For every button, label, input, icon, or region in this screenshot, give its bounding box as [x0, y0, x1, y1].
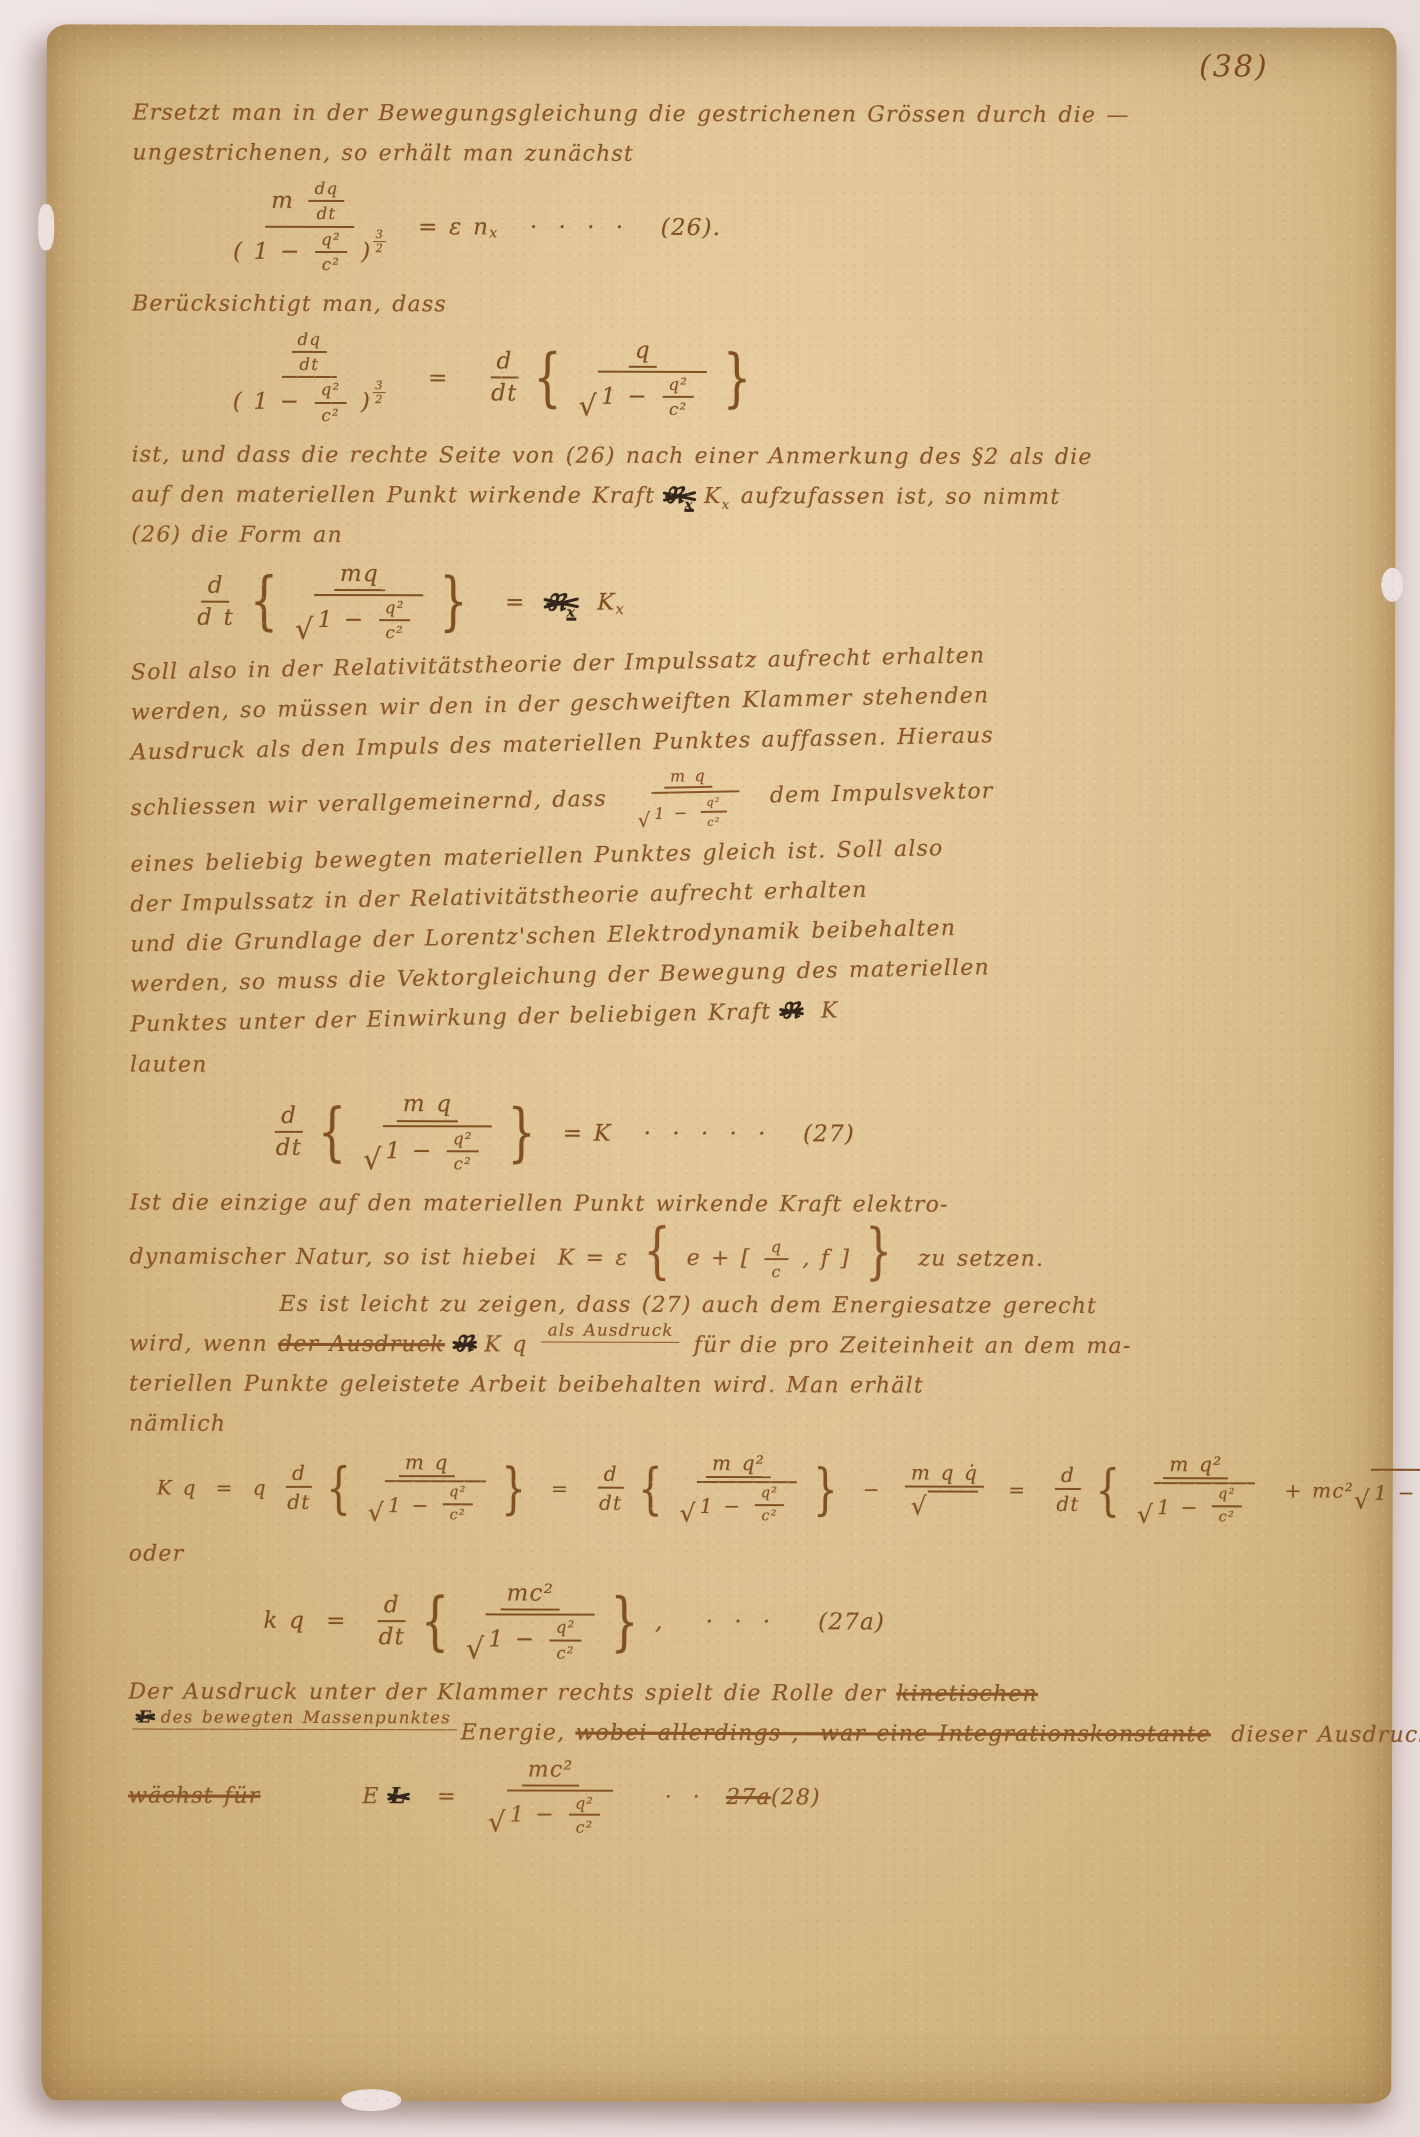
fraction-denominator: dt — [485, 379, 523, 407]
photo-background: { "page": { "number": "(38)" }, "ink": {… — [0, 0, 1420, 2137]
text-run: c — [771, 1263, 781, 1280]
text-run: = — [532, 1476, 588, 1500]
fraction-denominator: c² — [663, 398, 693, 419]
fraction-numerator: mc² — [501, 1581, 561, 1610]
fraction: dd t — [191, 573, 240, 631]
text-run: q² — [449, 1486, 466, 1502]
text-run: Es ist leicht zu zeigen, dass (27) auch … — [279, 1292, 1097, 1319]
text-run: E — [138, 1706, 152, 1726]
square-root: √1 − q²c² — [637, 790, 740, 829]
text-run: q² — [575, 1795, 594, 1812]
text-run: eines beliebig bewegten materiellen Punk… — [130, 836, 943, 877]
fraction: q²c² — [315, 230, 347, 274]
radical-icon: √ — [1354, 1488, 1371, 1513]
ellipsis-dots: · · · — [706, 1609, 777, 1635]
text-run: c² — [669, 401, 687, 419]
paragraph-line: lauten — [130, 1051, 1354, 1083]
text-run: = — [989, 1477, 1045, 1501]
square-root-content: 1 − q²c² — [507, 1789, 613, 1836]
fraction-denominator: √1 − q²c² — [631, 787, 746, 829]
square-root: √1 − q²c² — [295, 594, 424, 643]
text-run: L — [390, 1783, 407, 1809]
text-run: Der Ausdruck unter der Klammer rechts sp… — [128, 1679, 896, 1706]
paragraph-line: teriellen Punkte geleistete Arbeit beibe… — [129, 1370, 1353, 1402]
square-root-content — [928, 1490, 978, 1517]
text-run: 1 − — [510, 1803, 565, 1827]
text-run: 1 − — [318, 608, 375, 633]
text-run: dq — [298, 331, 322, 349]
fraction-denominator: c² — [316, 253, 346, 274]
fraction-denominator: √1 − q²c² — [482, 1786, 619, 1836]
text-run: c² — [450, 1508, 466, 1524]
text-run: dt — [276, 1136, 302, 1161]
curly-brace: { — [1096, 1462, 1122, 1517]
square-root: √1 − q²c² — [363, 1125, 492, 1174]
text-run: m q² — [712, 1452, 765, 1474]
text-run: auf den materiellen Punkt wirkende Kraft — [131, 482, 665, 508]
text-run: ist, und dass die rechte Seite von (26) … — [132, 442, 1093, 470]
subscript: x — [684, 497, 693, 513]
text-run: ℜ — [455, 1331, 474, 1357]
text-run: lauten — [130, 1053, 208, 1078]
fraction-numerator: m dqdt — [265, 180, 354, 228]
paragraph-line: oder — [129, 1539, 1353, 1571]
radical-icon: √ — [488, 1810, 507, 1838]
text-run: c² — [576, 1819, 594, 1836]
square-root: √1 − q²c² — [680, 1481, 798, 1525]
equation-27: ddt{m q√1 − q²c²} = K · · · · · (27) — [265, 1092, 1354, 1176]
text-run: dt — [1056, 1493, 1079, 1515]
ellipsis-dots: · · · · · — [644, 1121, 772, 1147]
fraction-denominator: ( 1 − q²c² )32 — [227, 227, 392, 274]
fraction: ddt — [485, 349, 524, 407]
fraction: m q√1 − q²c² — [362, 1451, 492, 1524]
fraction: q√1 − q²c² — [572, 338, 713, 419]
square-root-content: 1 − q²c² — [315, 594, 424, 643]
fraction-denominator: ( 1 − q²c² )32 — [227, 378, 392, 425]
fraction-denominator: dt — [593, 1489, 628, 1514]
text-run: mc² — [507, 1581, 555, 1606]
text-run: als Ausdruck — [548, 1320, 674, 1340]
text-run: 27a — [726, 1785, 771, 1810]
paragraph-line: ungestrichenen, so erhält man zunächst — [132, 138, 1356, 170]
exponent-denominator: 2 — [375, 242, 384, 255]
text-run: K — [576, 590, 615, 616]
fraction-denominator: c² — [701, 812, 727, 828]
text-run: Energie, — [461, 1720, 576, 1745]
fraction-denominator: √1 − q²c² — [289, 591, 430, 643]
text-run: K q — [474, 1333, 538, 1358]
fraction: dqdt — [291, 331, 327, 375]
text-run: d — [384, 1593, 400, 1618]
square-root: √ — [911, 1490, 978, 1517]
text-run: ) — [350, 391, 371, 416]
fraction-numerator: m q² — [1163, 1453, 1228, 1479]
text-run: ) — [351, 240, 372, 265]
text-run: = — [407, 1784, 478, 1809]
text-run: für die pro Zeiteinheit an dem ma- — [684, 1333, 1132, 1359]
equation-27a: k q = ddt{mc²√1 − q²c²} , · · · (27a) — [263, 1581, 1352, 1665]
paragraph-line: Ersetzt man in der Bewegungsgleichung di… — [132, 98, 1356, 130]
fraction: m dqdt( 1 − q²c² )32 — [227, 180, 392, 274]
text-run: q² — [668, 376, 688, 394]
fraction: mc²√1 − q²c² — [460, 1581, 601, 1662]
fraction-numerator: m q q̇ — [905, 1461, 984, 1487]
fraction-numerator: d — [286, 1462, 312, 1488]
text-run: e + [ — [676, 1246, 760, 1271]
fraction-denominator: c² — [444, 1505, 472, 1524]
fraction-numerator: d — [490, 350, 518, 379]
text-run: oder — [129, 1541, 185, 1566]
text-run: 1 − — [1374, 1482, 1420, 1504]
text-run: dt — [379, 1625, 405, 1650]
text-run — [931, 1495, 969, 1517]
paragraph-line: dynamischer Natur, so ist hiebei K = ε {… — [129, 1229, 1353, 1282]
fraction: ddt — [1050, 1464, 1085, 1515]
text-run: q² — [321, 230, 341, 248]
square-root: √1 − q²c² — [488, 1789, 613, 1836]
square-root: √1 − q²c² — [368, 1480, 486, 1524]
heavily-struck-text: ℜx — [665, 483, 694, 509]
text-run: c² — [556, 1644, 574, 1662]
paragraph-line: ist, und dass die rechte Seite von (26) … — [132, 440, 1356, 472]
text-run: = — [474, 590, 547, 616]
text-run: k q = — [264, 1608, 368, 1634]
curly-brace: } — [865, 1221, 893, 1282]
fraction-denominator: √1 − q²c² — [572, 367, 713, 419]
text-run: Punktes unter der Einwirkung der beliebi… — [130, 1000, 782, 1038]
text-run — [706, 1785, 726, 1810]
radical-icon: √ — [363, 1146, 383, 1175]
equation-26: m dqdt( 1 − q²c² )32 = ε nx · · · · (26)… — [222, 180, 1356, 277]
radical-icon: √ — [911, 1493, 928, 1518]
fraction: m q²√1 − q²c² — [1131, 1453, 1261, 1526]
text-run: der Impulssatz in der Relativitätstheori… — [130, 878, 868, 918]
square-root: √1 − q²c² — [578, 370, 707, 419]
fraction-numerator: d — [1055, 1464, 1081, 1490]
text-run: dt — [491, 382, 517, 407]
text-run: dt — [287, 1491, 310, 1513]
text-run: K q = q — [157, 1475, 277, 1499]
square-root-content: 1 − q²c² — [485, 1614, 594, 1663]
text-run: = — [397, 365, 481, 391]
fraction-denominator: √1 − q²c² — [1131, 1479, 1261, 1526]
fraction-numerator: q² — [315, 230, 347, 252]
heavily-struck-text: E — [138, 1706, 152, 1726]
fraction-denominator: √1 − q²c² — [357, 1122, 498, 1174]
paragraph-line: nämlich — [129, 1410, 1353, 1442]
text-run: wird, wenn — [129, 1332, 278, 1357]
fraction-denominator: c² — [315, 404, 345, 425]
fraction: dqdt — [309, 180, 345, 224]
ellipsis-dots: · · — [665, 1785, 706, 1810]
fraction-denominator: c² — [550, 1641, 580, 1662]
curly-brace: } — [813, 1461, 839, 1516]
curly-brace: { — [250, 570, 279, 633]
text-run: ℜ — [547, 589, 567, 616]
square-root-content: 1 − q²c² — [697, 1481, 798, 1525]
text-run: E — [260, 1784, 389, 1809]
text-run: m q² — [1169, 1453, 1222, 1475]
fraction-denominator: √ — [905, 1487, 984, 1517]
fraction-numerator: q — [765, 1238, 788, 1259]
fraction-numerator: q² — [1212, 1488, 1241, 1508]
square-root: √1 − q²c² — [1354, 1468, 1420, 1512]
fraction: q²c² — [315, 381, 347, 425]
fraction: m q q̇√ — [905, 1461, 985, 1517]
heavily-struck-text: ℜ — [781, 998, 801, 1024]
text-run: c² — [707, 815, 721, 828]
paragraph-line: Es ist leicht zu zeigen, dass (27) auch … — [129, 1290, 1353, 1322]
fraction: ddt — [270, 1104, 309, 1162]
paragraph-line: schliessen wir verallgemeinernd, dass m … — [130, 754, 1355, 840]
struck-text: wächst für — [128, 1783, 260, 1808]
square-root-content: 1 − q²c² — [1371, 1468, 1420, 1512]
text-run: Berücksichtigt man, dass — [132, 291, 447, 317]
text-run: wobei allerdings , war eine Integrations… — [575, 1720, 1210, 1747]
radical-icon: √ — [368, 1500, 385, 1525]
text-run: q² — [761, 1486, 778, 1502]
fraction-numerator: q² — [315, 381, 347, 403]
fraction-numerator: dq — [292, 331, 328, 353]
fraction-numerator: m q — [399, 1451, 455, 1477]
equation-28: wächst für E L = mc²√1 − q²c² · · 27a(28… — [128, 1757, 1352, 1838]
struck-text: kinetischen — [896, 1681, 1038, 1706]
subscript: x — [616, 601, 625, 617]
text-run — [624, 1785, 665, 1810]
square-root: √1 − q²c² — [466, 1614, 595, 1663]
fraction-numerator: d — [275, 1104, 303, 1133]
text-run: q² — [706, 796, 721, 809]
text-run: , f ] — [792, 1246, 860, 1271]
text-run: q² — [385, 599, 405, 617]
text-run: + mc² — [1266, 1478, 1354, 1502]
fraction: ddt — [281, 1462, 316, 1513]
fraction-denominator: c — [765, 1260, 787, 1280]
fraction: mc²√1 − q²c² — [482, 1758, 619, 1836]
paragraph-line: (26) die Form an — [131, 520, 1355, 552]
subscript: x — [567, 605, 577, 621]
fraction-denominator: dt — [1050, 1490, 1085, 1515]
text-run: nämlich — [129, 1412, 226, 1437]
fraction-numerator: q² — [700, 796, 727, 813]
text-run: 1 − — [488, 1628, 545, 1653]
text-run: q — [635, 338, 651, 363]
exponent-numerator: 3 — [373, 380, 386, 394]
fraction-numerator: q² — [379, 599, 411, 621]
radical-icon: √ — [638, 810, 652, 830]
fraction-denominator: c² — [755, 1506, 783, 1525]
text-run: c² — [321, 407, 339, 425]
curly-brace: { — [534, 347, 563, 410]
text-run: dem Impulsvektor — [749, 779, 994, 809]
text-run: d — [292, 1462, 306, 1484]
fraction-numerator: q² — [569, 1795, 600, 1817]
curly-brace: { — [644, 1221, 672, 1282]
text-run: c² — [322, 256, 340, 274]
fraction: q²c² — [550, 1619, 582, 1663]
text-run: d — [281, 1104, 297, 1129]
text-run: der Ausdruck — [278, 1332, 445, 1357]
radical-icon: √ — [578, 391, 598, 420]
radical-icon: √ — [680, 1501, 697, 1526]
fraction-denominator: d t — [191, 602, 240, 630]
text-run: q² — [321, 381, 341, 399]
fraction-numerator: q² — [662, 376, 694, 398]
fraction: m q√1 − q²c² — [631, 766, 746, 830]
fraction: m q√1 − q²c² — [357, 1093, 498, 1174]
paragraph-line: Der Ausdruck unter der Klammer rechts sp… — [128, 1677, 1352, 1709]
text-run: K — [800, 999, 839, 1025]
text-run: (28) — [771, 1785, 821, 1810]
fraction-numerator: mc² — [522, 1758, 580, 1786]
fraction-numerator: m q — [397, 1093, 459, 1122]
text-run: m q — [405, 1451, 449, 1473]
inserted-text: E des bewegten Massenpunktes — [132, 1705, 457, 1730]
text-run: (27a) — [776, 1610, 885, 1636]
curly-brace: } — [440, 571, 469, 634]
paragraph-line: E des bewegten MassenpunktesEnergie, wob… — [128, 1717, 1352, 1749]
text-run: teriellen Punkte geleistete Arbeit beibe… — [129, 1372, 924, 1399]
text-run: c² — [761, 1509, 777, 1525]
subscript: x — [489, 226, 498, 242]
text-run: (26). — [629, 215, 721, 241]
curly-brace: { — [421, 1590, 450, 1653]
text-run: 1 − — [654, 804, 697, 822]
fraction-denominator: dt — [270, 1133, 308, 1161]
fraction-denominator: √1 − q²c² — [362, 1477, 492, 1524]
curly-brace: } — [501, 1461, 527, 1516]
text-run: Ersetzt man in der Bewegungsgleichung di… — [132, 100, 1129, 128]
paper-tear — [341, 2089, 401, 2111]
text-run: K — [694, 484, 722, 509]
text-run: mq — [340, 562, 379, 587]
text-run: Ist die einzige auf den materiellen Punk… — [130, 1191, 949, 1218]
text-run: dynamischer Natur, so ist hiebei K = ε — [129, 1245, 638, 1271]
text-run: d — [604, 1463, 618, 1485]
text-run: dieser Ausdruck — [1211, 1722, 1420, 1748]
text-run: dt — [299, 356, 319, 374]
fraction-numerator: q² — [550, 1619, 582, 1641]
heavily-struck-text: ℜx — [547, 589, 577, 616]
fraction: qc — [765, 1238, 788, 1280]
square-root-content: 1 − q²c² — [651, 790, 740, 829]
text-run: kinetischen — [896, 1681, 1038, 1706]
text-run: (26) die Form an — [131, 522, 343, 548]
exponent-numerator: 3 — [373, 229, 386, 243]
text-run: m q q̇ — [911, 1461, 978, 1483]
paragraph-line: auf den materiellen Punkt wirkende Kraft… — [131, 480, 1355, 512]
radical-icon: √ — [295, 615, 315, 644]
exponent-fraction: 32 — [373, 380, 386, 406]
text-run — [498, 214, 530, 240]
equation-energy-derivation: K q = q ddt{m q√1 − q²c²} = ddt{m q²√1 −… — [157, 1451, 1353, 1527]
text-run: = ε n — [397, 214, 489, 240]
square-root-content: 1 − q²c² — [1154, 1482, 1255, 1526]
radical-icon: √ — [1137, 1502, 1154, 1527]
text-run: q² — [1218, 1488, 1235, 1504]
text-run: Soll also in der Relativitätstheorie der… — [131, 643, 986, 685]
heavily-struck-text: ℜ — [455, 1331, 474, 1357]
text-run: c² — [386, 625, 404, 643]
fraction-numerator: d — [202, 573, 230, 602]
text-run: 1 − — [601, 385, 658, 410]
exponent-fraction: 32 — [373, 229, 386, 255]
heavily-struck-text: L — [390, 1783, 407, 1809]
fraction-denominator: c² — [570, 1816, 600, 1836]
text-run: 1 − — [386, 1139, 443, 1164]
paragraph-line: Ist die einzige auf den materiellen Punk… — [130, 1189, 1354, 1221]
text-run: m q — [403, 1093, 453, 1118]
text-run: ℜ — [781, 998, 801, 1024]
struck-text: der Ausdruck — [278, 1332, 445, 1357]
fraction: q²c² — [700, 796, 727, 829]
text-run: ( 1 − — [233, 390, 311, 416]
square-root-content: 1 − q²c² — [383, 1125, 492, 1174]
square-root: √1 − q²c² — [1137, 1482, 1255, 1526]
fraction-numerator: q² — [447, 1130, 479, 1152]
struck-text: 27a — [726, 1785, 771, 1810]
square-root-content: 1 − q²c² — [385, 1480, 486, 1524]
fraction: q²c² — [569, 1795, 600, 1837]
fraction-denominator: dt — [293, 353, 325, 374]
curly-brace: } — [610, 1590, 639, 1653]
fraction: q²c² — [379, 599, 411, 643]
curly-brace: } — [508, 1102, 537, 1165]
text-run: wächst für — [128, 1783, 260, 1808]
text-run: 1 − — [700, 1495, 751, 1517]
text-run: q² — [556, 1619, 576, 1637]
fraction: mq√1 − q²c² — [289, 562, 430, 643]
text-run: werden, so müssen wir den in der geschwe… — [131, 683, 990, 725]
curly-brace: { — [327, 1460, 353, 1515]
fraction-numerator: m q² — [706, 1452, 771, 1478]
text-run: dq — [315, 180, 339, 198]
text-run: d t — [197, 605, 234, 630]
exponent-denominator: 2 — [375, 393, 384, 406]
fraction: q²c² — [1212, 1488, 1241, 1527]
curly-brace: } — [723, 347, 752, 410]
fraction-numerator: d — [598, 1463, 624, 1489]
fraction: q²c² — [443, 1486, 472, 1525]
manuscript-page: (38) Ersetzt man in der Bewegungsgleichu… — [41, 24, 1396, 2104]
text-run: ( 1 − — [233, 239, 311, 265]
fraction-numerator: d — [378, 1593, 406, 1622]
fraction: dqdt( 1 − q²c² )32 — [227, 331, 392, 425]
text-run: d — [208, 573, 224, 598]
radical-icon: √ — [466, 1634, 486, 1663]
text-run: werden, so muss die Vektorgleichung der … — [130, 956, 990, 998]
manuscript-text: Ersetzt man in der Bewegungsgleichung di… — [42, 24, 1397, 1849]
paragraph-line: Berücksichtigt man, dass — [132, 289, 1356, 321]
fraction-denominator: dt — [311, 202, 343, 223]
text-run: 1 − — [388, 1494, 439, 1516]
fraction-numerator: dq — [309, 180, 345, 202]
fraction-numerator: q² — [755, 1486, 784, 1506]
inserted-text: als Ausdruck — [542, 1319, 680, 1343]
fraction-denominator: √1 − q²c² — [460, 1611, 601, 1663]
curly-brace: { — [638, 1461, 664, 1516]
ellipsis-dots: · · · · — [530, 215, 629, 241]
fraction-denominator: c² — [1213, 1507, 1241, 1526]
fraction-numerator: m q — [664, 767, 712, 789]
equation-force-x: dd t{mq√1 − q²c²} = ℜx Kx — [186, 562, 1355, 646]
text-run: ℜ — [665, 483, 684, 509]
fraction: q²c² — [662, 376, 694, 420]
text-run: dt — [317, 205, 337, 223]
text-run: und die Grundlage der Lorentz'schen Elek… — [130, 916, 956, 958]
text-run: dt — [599, 1492, 622, 1514]
